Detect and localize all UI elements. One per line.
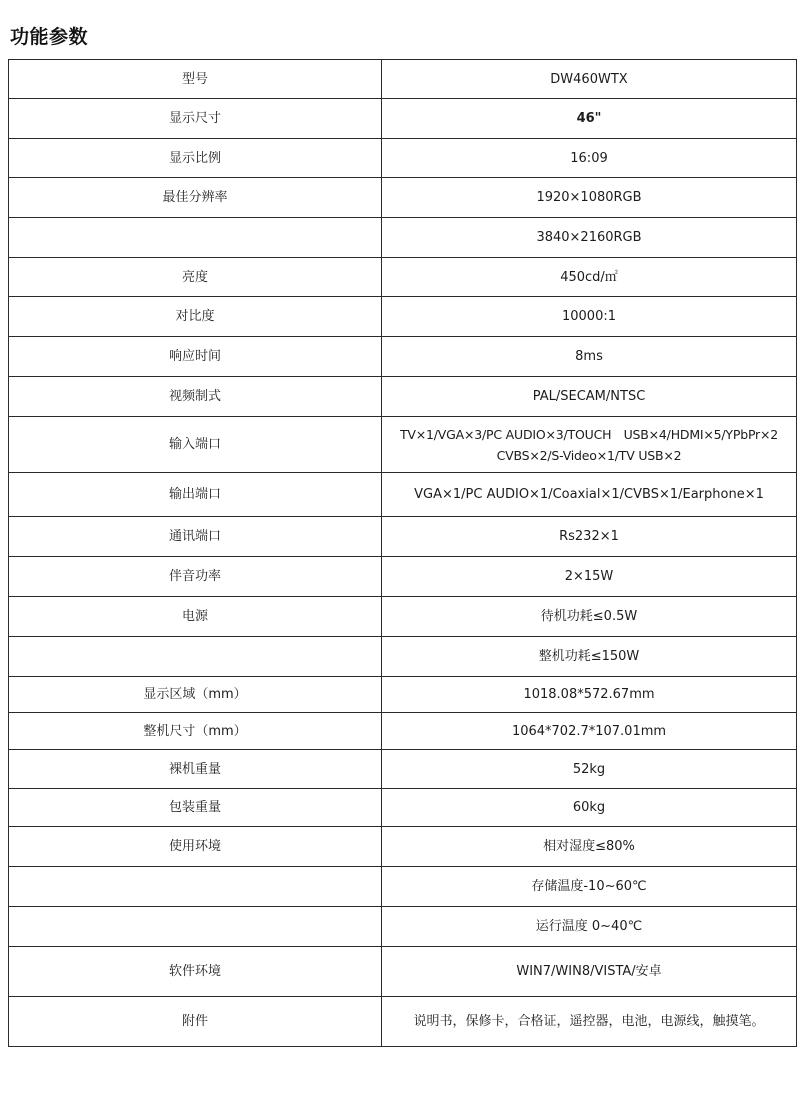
spec-value: Rs232×1 (382, 517, 797, 557)
spec-label: 伴音功率 (9, 557, 382, 597)
table-row: 运行温度 0~40℃ (9, 907, 797, 947)
table-row: 最佳分辨率1920×1080RGB (9, 178, 797, 218)
spec-label (9, 218, 382, 258)
table-row: 显示比例16:09 (9, 139, 797, 178)
spec-label: 附件 (9, 997, 382, 1047)
page-title: 功能参数 (10, 22, 88, 49)
table-row: 整机尺寸（mm）1064*702.7*107.01mm (9, 713, 797, 750)
spec-value: WIN7/WIN8/VISTA/安卓 (382, 947, 797, 997)
spec-table-body: 型号DW460WTX显示尺寸46"显示比例16:09最佳分辨率1920×1080… (9, 60, 797, 1047)
spec-value: PAL/SECAM/NTSC (382, 377, 797, 417)
spec-label: 输入端口 (9, 417, 382, 473)
spec-value: 待机功耗≤0.5W (382, 597, 797, 637)
table-row: 电源待机功耗≤0.5W (9, 597, 797, 637)
spec-value: 52kg (382, 750, 797, 789)
spec-value: 1920×1080RGB (382, 178, 797, 218)
spec-value: 60kg (382, 789, 797, 827)
table-row: 伴音功率2×15W (9, 557, 797, 597)
table-row: 视频制式PAL/SECAM/NTSC (9, 377, 797, 417)
spec-value: DW460WTX (382, 60, 797, 99)
spec-label: 对比度 (9, 297, 382, 337)
spec-label: 通讯端口 (9, 517, 382, 557)
table-row: 软件环境WIN7/WIN8/VISTA/安卓 (9, 947, 797, 997)
table-row: 显示区域（mm）1018.08*572.67mm (9, 677, 797, 713)
table-row: 存储温度-10~60℃ (9, 867, 797, 907)
spec-label (9, 907, 382, 947)
spec-value: 整机功耗≤150W (382, 637, 797, 677)
spec-table: 型号DW460WTX显示尺寸46"显示比例16:09最佳分辨率1920×1080… (8, 59, 797, 1047)
table-row: 整机功耗≤150W (9, 637, 797, 677)
table-row: 包装重量60kg (9, 789, 797, 827)
table-row: 对比度10000:1 (9, 297, 797, 337)
spec-label: 型号 (9, 60, 382, 99)
table-row: 通讯端口Rs232×1 (9, 517, 797, 557)
table-row: 亮度450cd/㎡ (9, 258, 797, 297)
table-row: 响应时间8ms (9, 337, 797, 377)
spec-value: 存储温度-10~60℃ (382, 867, 797, 907)
table-row: 附件说明书，保修卡，合格证，遥控器，电池，电源线，触摸笔。 (9, 997, 797, 1047)
spec-label: 最佳分辨率 (9, 178, 382, 218)
spec-value: 相对湿度≤80% (382, 827, 797, 867)
spec-label: 输出端口 (9, 473, 382, 517)
spec-label: 显示尺寸 (9, 99, 382, 139)
spec-value: 说明书，保修卡，合格证，遥控器，电池，电源线，触摸笔。 (382, 997, 797, 1047)
spec-value: TV×1/VGA×3/PC AUDIO×3/TOUCH USB×4/HDMI×5… (382, 417, 797, 473)
table-row: 输出端口VGA×1/PC AUDIO×1/Coaxial×1/CVBS×1/Ea… (9, 473, 797, 517)
spec-value: 1018.08*572.67mm (382, 677, 797, 713)
spec-label (9, 867, 382, 907)
table-row: 输入端口TV×1/VGA×3/PC AUDIO×3/TOUCH USB×4/HD… (9, 417, 797, 473)
spec-label: 显示比例 (9, 139, 382, 178)
table-row: 裸机重量52kg (9, 750, 797, 789)
spec-label: 使用环境 (9, 827, 382, 867)
spec-value: 16:09 (382, 139, 797, 178)
spec-label: 软件环境 (9, 947, 382, 997)
spec-value: 10000:1 (382, 297, 797, 337)
spec-value: 运行温度 0~40℃ (382, 907, 797, 947)
spec-value: 46" (382, 99, 797, 139)
spec-label: 视频制式 (9, 377, 382, 417)
spec-label: 裸机重量 (9, 750, 382, 789)
table-row: 使用环境相对湿度≤80% (9, 827, 797, 867)
table-row: 型号DW460WTX (9, 60, 797, 99)
spec-label: 响应时间 (9, 337, 382, 377)
spec-value-line: TV×1/VGA×3/PC AUDIO×3/TOUCH USB×4/HDMI×5… (384, 424, 794, 445)
spec-label: 整机尺寸（mm） (9, 713, 382, 750)
spec-value: 450cd/㎡ (382, 258, 797, 297)
spec-label: 显示区域（mm） (9, 677, 382, 713)
spec-label: 亮度 (9, 258, 382, 297)
spec-value: 2×15W (382, 557, 797, 597)
spec-label: 电源 (9, 597, 382, 637)
spec-value: 3840×2160RGB (382, 218, 797, 258)
spec-value: 1064*702.7*107.01mm (382, 713, 797, 750)
table-row: 3840×2160RGB (9, 218, 797, 258)
spec-value: 8ms (382, 337, 797, 377)
spec-label (9, 637, 382, 677)
spec-value: VGA×1/PC AUDIO×1/Coaxial×1/CVBS×1/Earpho… (382, 473, 797, 517)
table-row: 显示尺寸46" (9, 99, 797, 139)
spec-value-line: CVBS×2/S-Video×1/TV USB×2 (384, 445, 794, 466)
spec-label: 包装重量 (9, 789, 382, 827)
